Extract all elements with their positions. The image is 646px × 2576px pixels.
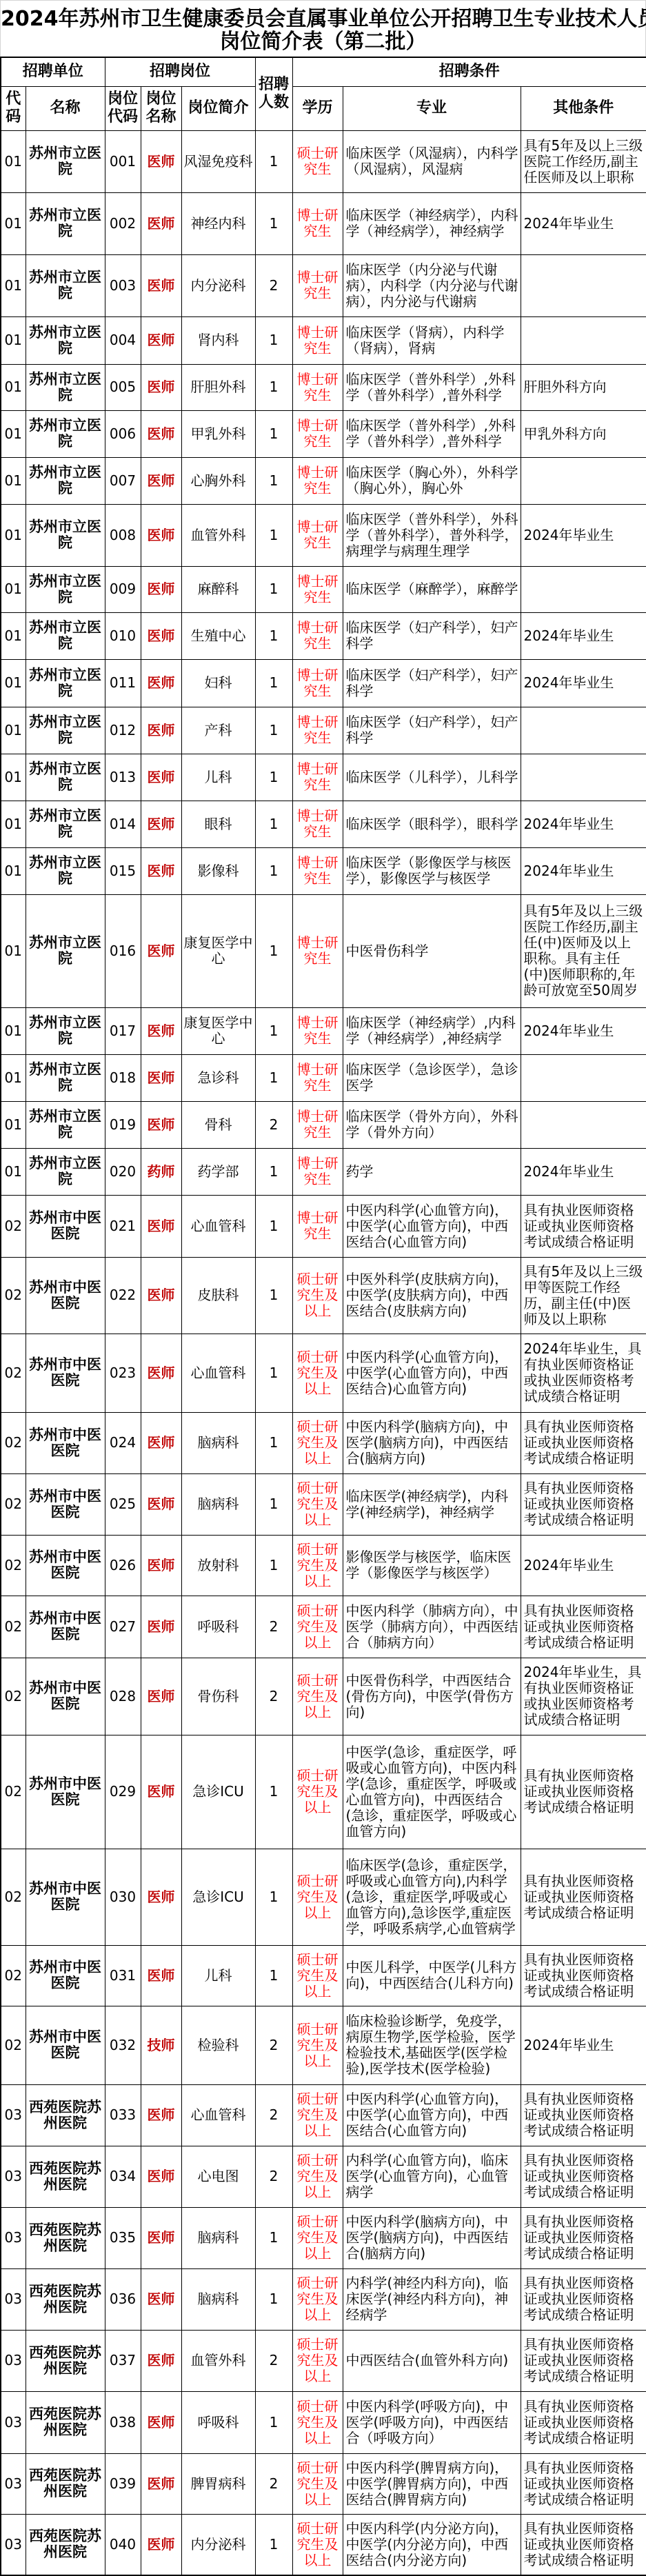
education-cell: 硕士研究生及以上 bbox=[292, 1735, 343, 1849]
table-row: 01苏州市立医院019医师骨科2博士研究生临床医学（骨外方向），外科学（骨外方向… bbox=[1, 1101, 646, 1148]
major-cell: 中医骨伤科学 bbox=[343, 894, 521, 1007]
major-cell: 临床医学（内分泌与代谢病），内科学（内分泌与代谢病），内分泌与代谢病 bbox=[343, 254, 521, 316]
header-post-name: 岗位名称 bbox=[141, 86, 181, 130]
positions-table: 招聘单位 招聘岗位 招聘人数 招聘条件 代码 名称 岗位代码 岗位名称 岗位简介… bbox=[0, 57, 646, 2576]
table-row: 03西苑医院苏州医院033医师心血管科2硕士研究生及以上中医内科学(心血管方向)… bbox=[1, 2084, 646, 2146]
headcount-cell: 1 bbox=[255, 659, 292, 707]
post-name-cell: 医师 bbox=[141, 566, 181, 612]
headcount-cell: 2 bbox=[255, 1596, 292, 1658]
unit-code-cell: 01 bbox=[1, 254, 26, 316]
post-name-cell: 技师 bbox=[141, 2006, 181, 2084]
post-name-cell: 医师 bbox=[141, 2330, 181, 2391]
post-code-cell: 021 bbox=[105, 1195, 141, 1257]
unit-code-cell: 01 bbox=[1, 1148, 26, 1195]
headcount-cell: 1 bbox=[255, 1334, 292, 1412]
post-code-cell: 003 bbox=[105, 254, 141, 316]
table-row: 02苏州市中医医院025医师脑病科1硕士研究生及以上临床医学(神经病学)，内科学… bbox=[1, 1473, 646, 1535]
header-row-columns: 代码 名称 岗位代码 岗位名称 岗位简介 学历 专业 其他条件 bbox=[1, 86, 646, 130]
unit-name-cell: 苏州市立医院 bbox=[26, 566, 105, 612]
major-cell: 临床医学（妇产科学），妇产科学 bbox=[343, 612, 521, 659]
table-row: 01苏州市立医院003医师内分泌科2博士研究生临床医学（内分泌与代谢病），内科学… bbox=[1, 254, 646, 316]
education-cell: 硕士研究生及以上 bbox=[292, 2391, 343, 2453]
post-name-cell: 医师 bbox=[141, 1007, 181, 1054]
post-desc-cell: 血管外科 bbox=[181, 2330, 255, 2391]
other-requirements-cell: 2024年毕业生 bbox=[521, 504, 646, 566]
post-name-cell: 医师 bbox=[141, 2146, 181, 2207]
other-requirements-cell: 具有5年及以上三级甲等医院工作经历，副主任(中)医师及以上职称 bbox=[521, 1257, 646, 1334]
post-desc-cell: 心胸外科 bbox=[181, 457, 255, 504]
unit-code-cell: 02 bbox=[1, 1535, 26, 1596]
major-cell: 内科学(心血管方向)，临床医学(心血管方向)，心血管病学 bbox=[343, 2146, 521, 2207]
major-cell: 临床医学（风湿病），内科学（风湿病），风湿病 bbox=[343, 130, 521, 192]
unit-code-cell: 01 bbox=[1, 1054, 26, 1101]
post-name-cell: 医师 bbox=[141, 504, 181, 566]
other-requirements-cell: 具有执业医师资格证或执业医师资格考试成绩合格证明 bbox=[521, 1849, 646, 1945]
unit-name-cell: 苏州市立医院 bbox=[26, 1007, 105, 1054]
headcount-cell: 2 bbox=[255, 2453, 292, 2514]
major-cell: 中医内科学(心血管方向)，中医学(心血管方向)，中西医结合(心血管方向) bbox=[343, 2084, 521, 2146]
post-name-cell: 医师 bbox=[141, 2514, 181, 2575]
table-row: 01苏州市立医院013医师儿科1博士研究生临床医学（儿科学），儿科学 bbox=[1, 754, 646, 801]
header-post-desc: 岗位简介 bbox=[181, 86, 255, 130]
education-cell: 硕士研究生及以上 bbox=[292, 2514, 343, 2575]
unit-code-cell: 03 bbox=[1, 2330, 26, 2391]
major-cell: 临床检验诊断学，免疫学，病原生物学,医学检验，医学检验技术,基础医学(医学检验)… bbox=[343, 2006, 521, 2084]
header-post-code: 岗位代码 bbox=[105, 86, 141, 130]
post-name-cell: 医师 bbox=[141, 1054, 181, 1101]
post-name-cell: 医师 bbox=[141, 457, 181, 504]
post-desc-cell: 皮肤科 bbox=[181, 1257, 255, 1334]
table-row: 01苏州市立医院009医师麻醉科1博士研究生临床医学（麻醉学），麻醉学 bbox=[1, 566, 646, 612]
post-code-cell: 036 bbox=[105, 2268, 141, 2330]
post-desc-cell: 麻醉科 bbox=[181, 566, 255, 612]
post-name-cell: 医师 bbox=[141, 410, 181, 457]
major-cell: 中医内科学（肺病方向），中医学（肺病方向），中西医结合（肺病方向） bbox=[343, 1596, 521, 1658]
headcount-cell: 2 bbox=[255, 2330, 292, 2391]
post-desc-cell: 呼吸科 bbox=[181, 1596, 255, 1658]
major-cell: 临床医学（麻醉学），麻醉学 bbox=[343, 566, 521, 612]
post-desc-cell: 呼吸科 bbox=[181, 2391, 255, 2453]
unit-code-cell: 03 bbox=[1, 2453, 26, 2514]
other-requirements-cell: 具有执业医师资格证或执业医师资格考试成绩合格证明 bbox=[521, 2146, 646, 2207]
headcount-cell: 2 bbox=[255, 1101, 292, 1148]
table-row: 02苏州市中医医院026医师放射科1硕士研究生及以上影像医学与核医学，临床医学（… bbox=[1, 1535, 646, 1596]
table-header: 招聘单位 招聘岗位 招聘人数 招聘条件 代码 名称 岗位代码 岗位名称 岗位简介… bbox=[1, 57, 646, 130]
education-cell: 博士研究生 bbox=[292, 1054, 343, 1101]
other-requirements-cell bbox=[521, 754, 646, 801]
post-desc-cell: 肾内科 bbox=[181, 316, 255, 364]
post-code-cell: 040 bbox=[105, 2514, 141, 2575]
table-row: 03西苑医院苏州医院039医师脾胃病科2硕士研究生及以上中医内科学(脾胃病方向)… bbox=[1, 2453, 646, 2514]
major-cell: 临床医学（急诊医学），急诊医学 bbox=[343, 1054, 521, 1101]
post-code-cell: 024 bbox=[105, 1412, 141, 1473]
post-name-cell: 医师 bbox=[141, 1658, 181, 1735]
unit-code-cell: 01 bbox=[1, 364, 26, 410]
post-code-cell: 033 bbox=[105, 2084, 141, 2146]
post-code-cell: 035 bbox=[105, 2207, 141, 2268]
post-desc-cell: 检验科 bbox=[181, 2006, 255, 2084]
headcount-cell: 1 bbox=[255, 612, 292, 659]
headcount-cell: 1 bbox=[255, 1849, 292, 1945]
page-title: 2024年苏州市卫生健康委员会直属事业单位公开招聘卫生专业技术人员 岗位简介表（… bbox=[0, 0, 646, 57]
headcount-cell: 1 bbox=[255, 1735, 292, 1849]
table-row: 03西苑医院苏州医院034医师心电图2硕士研究生及以上内科学(心血管方向)，临床… bbox=[1, 2146, 646, 2207]
unit-code-cell: 02 bbox=[1, 1596, 26, 1658]
other-requirements-cell bbox=[521, 254, 646, 316]
post-desc-cell: 脑病科 bbox=[181, 2207, 255, 2268]
post-code-cell: 014 bbox=[105, 801, 141, 847]
other-requirements-cell: 肝胆外科方向 bbox=[521, 364, 646, 410]
unit-name-cell: 苏州市立医院 bbox=[26, 894, 105, 1007]
major-cell: 影像医学与核医学，临床医学（影像医学与核医学） bbox=[343, 1535, 521, 1596]
table-row: 02苏州市中医医院030医师急诊ICU1硕士研究生及以上临床医学(急诊，重症医学… bbox=[1, 1849, 646, 1945]
major-cell: 中西医结合(血管外科方向) bbox=[343, 2330, 521, 2391]
major-cell: 中医内科学(脑病方向)，中医学(脑病方向)，中西医结合(脑病方向) bbox=[343, 1412, 521, 1473]
unit-code-cell: 02 bbox=[1, 1945, 26, 2006]
major-cell: 药学 bbox=[343, 1148, 521, 1195]
unit-code-cell: 01 bbox=[1, 457, 26, 504]
unit-code-cell: 01 bbox=[1, 316, 26, 364]
unit-name-cell: 苏州市立医院 bbox=[26, 1054, 105, 1101]
post-name-cell: 医师 bbox=[141, 659, 181, 707]
major-cell: 内科学(神经内科方向)，临床医学(神经内科方向)，神经病学 bbox=[343, 2268, 521, 2330]
major-cell: 中医内科学(心血管方向)，中医学(心血管方向)，中西医结合)心血管方向) bbox=[343, 1334, 521, 1412]
post-desc-cell: 心电图 bbox=[181, 2146, 255, 2207]
header-post-group: 招聘岗位 bbox=[105, 57, 255, 86]
education-cell: 博士研究生 bbox=[292, 707, 343, 754]
post-name-cell: 医师 bbox=[141, 316, 181, 364]
post-desc-cell: 心血管科 bbox=[181, 1334, 255, 1412]
education-cell: 博士研究生 bbox=[292, 192, 343, 254]
education-cell: 硕士研究生 bbox=[292, 130, 343, 192]
table-row: 01苏州市立医院010医师生殖中心1博士研究生临床医学（妇产科学），妇产科学20… bbox=[1, 612, 646, 659]
post-code-cell: 006 bbox=[105, 410, 141, 457]
post-code-cell: 017 bbox=[105, 1007, 141, 1054]
education-cell: 博士研究生 bbox=[292, 1007, 343, 1054]
post-code-cell: 016 bbox=[105, 894, 141, 1007]
unit-code-cell: 01 bbox=[1, 1007, 26, 1054]
post-name-cell: 医师 bbox=[141, 1535, 181, 1596]
unit-name-cell: 苏州市中医医院 bbox=[26, 2006, 105, 2084]
major-cell: 临床医学（妇产科学），妇产科学 bbox=[343, 707, 521, 754]
other-requirements-cell: 具有执业医师资格证或执业医师资格考试成绩合格证明 bbox=[521, 1195, 646, 1257]
table-row: 03西苑医院苏州医院037医师血管外科2硕士研究生及以上中西医结合(血管外科方向… bbox=[1, 2330, 646, 2391]
post-code-cell: 004 bbox=[105, 316, 141, 364]
unit-code-cell: 01 bbox=[1, 612, 26, 659]
headcount-cell: 1 bbox=[255, 1148, 292, 1195]
unit-code-cell: 01 bbox=[1, 1101, 26, 1148]
table-row: 01苏州市立医院018医师急诊科1博士研究生临床医学（急诊医学），急诊医学 bbox=[1, 1054, 646, 1101]
post-desc-cell: 内分泌科 bbox=[181, 254, 255, 316]
education-cell: 硕士研究生及以上 bbox=[292, 2330, 343, 2391]
education-cell: 博士研究生 bbox=[292, 316, 343, 364]
unit-code-cell: 03 bbox=[1, 2391, 26, 2453]
table-row: 01苏州市立医院015医师影像科1博士研究生临床医学（影像医学与核医学），影像医… bbox=[1, 847, 646, 894]
unit-name-cell: 苏州市立医院 bbox=[26, 1101, 105, 1148]
headcount-cell: 1 bbox=[255, 130, 292, 192]
post-name-cell: 医师 bbox=[141, 2453, 181, 2514]
unit-code-cell: 01 bbox=[1, 659, 26, 707]
education-cell: 博士研究生 bbox=[292, 894, 343, 1007]
education-cell: 博士研究生 bbox=[292, 1148, 343, 1195]
post-desc-cell: 产科 bbox=[181, 707, 255, 754]
post-desc-cell: 骨伤科 bbox=[181, 1658, 255, 1735]
post-name-cell: 医师 bbox=[141, 1257, 181, 1334]
education-cell: 博士研究生 bbox=[292, 847, 343, 894]
education-cell: 博士研究生 bbox=[292, 566, 343, 612]
table-row: 01苏州市立医院006医师甲乳外科1博士研究生临床医学（普外科学）,外科学（普外… bbox=[1, 410, 646, 457]
other-requirements-cell bbox=[521, 457, 646, 504]
post-desc-cell: 内分泌科 bbox=[181, 2514, 255, 2575]
post-name-cell: 医师 bbox=[141, 2391, 181, 2453]
page-title-line-2: 岗位简介表（第二批） bbox=[1, 30, 645, 53]
post-name-cell: 医师 bbox=[141, 1195, 181, 1257]
post-desc-cell: 急诊ICU bbox=[181, 1735, 255, 1849]
post-code-cell: 015 bbox=[105, 847, 141, 894]
major-cell: 临床医学（儿科学），儿科学 bbox=[343, 754, 521, 801]
other-requirements-cell: 具有执业医师资格证或执业医师资格考试成绩合格证明 bbox=[521, 1412, 646, 1473]
post-name-cell: 医师 bbox=[141, 847, 181, 894]
unit-name-cell: 苏州市立医院 bbox=[26, 130, 105, 192]
headcount-cell: 1 bbox=[255, 1473, 292, 1535]
post-desc-cell: 儿科 bbox=[181, 754, 255, 801]
unit-name-cell: 苏州市立医院 bbox=[26, 612, 105, 659]
header-major: 专业 bbox=[343, 86, 521, 130]
post-name-cell: 医师 bbox=[141, 192, 181, 254]
unit-code-cell: 02 bbox=[1, 1257, 26, 1334]
education-cell: 博士研究生 bbox=[292, 754, 343, 801]
major-cell: 中医内科学(脾胃病方向)，中医学(脾胃病方向)，中西医结合(脾胃病方向) bbox=[343, 2453, 521, 2514]
table-row: 01苏州市立医院012医师产科1博士研究生临床医学（妇产科学），妇产科学 bbox=[1, 707, 646, 754]
unit-code-cell: 02 bbox=[1, 1658, 26, 1735]
post-code-cell: 005 bbox=[105, 364, 141, 410]
education-cell: 硕士研究生及以上 bbox=[292, 1257, 343, 1334]
major-cell: 临床医学（胸心外），外科学（胸心外），胸心外 bbox=[343, 457, 521, 504]
post-code-cell: 027 bbox=[105, 1596, 141, 1658]
headcount-cell: 1 bbox=[255, 566, 292, 612]
headcount-cell: 1 bbox=[255, 364, 292, 410]
headcount-cell: 2 bbox=[255, 254, 292, 316]
unit-code-cell: 02 bbox=[1, 1195, 26, 1257]
unit-code-cell: 01 bbox=[1, 707, 26, 754]
post-desc-cell: 心血管科 bbox=[181, 2084, 255, 2146]
table-row: 03西苑医院苏州医院040医师内分泌科1硕士研究生及以上中医内科学(内分泌方向)… bbox=[1, 2514, 646, 2575]
other-requirements-cell: 具有执业医师资格证或执业医师资格考试成绩合格证明 bbox=[521, 1945, 646, 2006]
unit-name-cell: 苏州市立医院 bbox=[26, 707, 105, 754]
education-cell: 博士研究生 bbox=[292, 1195, 343, 1257]
post-desc-cell: 血管外科 bbox=[181, 504, 255, 566]
header-row-groups: 招聘单位 招聘岗位 招聘人数 招聘条件 bbox=[1, 57, 646, 86]
headcount-cell: 1 bbox=[255, 801, 292, 847]
table-row: 01苏州市立医院011医师妇科1博士研究生临床医学（妇产科学），妇产科学2024… bbox=[1, 659, 646, 707]
table-row: 01苏州市立医院014医师眼科1博士研究生临床医学（眼科学），眼科学2024年毕… bbox=[1, 801, 646, 847]
table-row: 01苏州市立医院008医师血管外科1博士研究生临床医学（普外科学），外科学（普外… bbox=[1, 504, 646, 566]
table-row: 01苏州市立医院007医师心胸外科1博士研究生临床医学（胸心外），外科学（胸心外… bbox=[1, 457, 646, 504]
headcount-cell: 2 bbox=[255, 2006, 292, 2084]
table-row: 01苏州市立医院016医师康复医学中心1博士研究生中医骨伤科学具有5年及以上三级… bbox=[1, 894, 646, 1007]
other-requirements-cell: 2024年毕业生，具有执业医师资格证或执业医师资格考试成绩合格证明 bbox=[521, 1658, 646, 1735]
post-name-cell: 医师 bbox=[141, 1412, 181, 1473]
major-cell: 中医内科学(脑病方向)，中医学(脑病方向)，中西医结合(脑病方向) bbox=[343, 2207, 521, 2268]
unit-name-cell: 西苑医院苏州医院 bbox=[26, 2391, 105, 2453]
other-requirements-cell: 2024年毕业生 bbox=[521, 847, 646, 894]
table-row: 01苏州市立医院004医师肾内科1博士研究生临床医学（肾病），内科学（肾病），肾… bbox=[1, 316, 646, 364]
post-code-cell: 022 bbox=[105, 1257, 141, 1334]
unit-name-cell: 苏州市中医医院 bbox=[26, 1473, 105, 1535]
post-code-cell: 013 bbox=[105, 754, 141, 801]
table-row: 02苏州市中医医院022医师皮肤科1硕士研究生及以上中医外科学(皮肤病方向)，中… bbox=[1, 1257, 646, 1334]
unit-code-cell: 02 bbox=[1, 1412, 26, 1473]
post-code-cell: 038 bbox=[105, 2391, 141, 2453]
post-desc-cell: 神经内科 bbox=[181, 192, 255, 254]
education-cell: 硕士研究生及以上 bbox=[292, 1945, 343, 2006]
unit-code-cell: 02 bbox=[1, 1473, 26, 1535]
education-cell: 硕士研究生及以上 bbox=[292, 2006, 343, 2084]
header-unit-name: 名称 bbox=[26, 86, 105, 130]
post-name-cell: 医师 bbox=[141, 1334, 181, 1412]
post-name-cell: 医师 bbox=[141, 364, 181, 410]
major-cell: 临床医学（眼科学），眼科学 bbox=[343, 801, 521, 847]
post-code-cell: 039 bbox=[105, 2453, 141, 2514]
unit-code-cell: 02 bbox=[1, 1849, 26, 1945]
education-cell: 博士研究生 bbox=[292, 612, 343, 659]
post-desc-cell: 急诊ICU bbox=[181, 1849, 255, 1945]
post-name-cell: 医师 bbox=[141, 1735, 181, 1849]
other-requirements-cell: 2024年毕业生 bbox=[521, 659, 646, 707]
post-code-cell: 031 bbox=[105, 1945, 141, 2006]
post-code-cell: 011 bbox=[105, 659, 141, 707]
unit-code-cell: 01 bbox=[1, 410, 26, 457]
other-requirements-cell: 具有5年及以上三级医院工作经历,副主任(中)医师及以上职称。具有主任(中)医师职… bbox=[521, 894, 646, 1007]
post-name-cell: 医师 bbox=[141, 1849, 181, 1945]
headcount-cell: 1 bbox=[255, 2391, 292, 2453]
headcount-cell: 1 bbox=[255, 1412, 292, 1473]
post-name-cell: 医师 bbox=[141, 130, 181, 192]
post-desc-cell: 脑病科 bbox=[181, 1473, 255, 1535]
education-cell: 硕士研究生及以上 bbox=[292, 2207, 343, 2268]
header-requirements-group: 招聘条件 bbox=[292, 57, 646, 86]
unit-name-cell: 苏州市中医医院 bbox=[26, 1334, 105, 1412]
major-cell: 临床医学（肾病），内科学（肾病），肾病 bbox=[343, 316, 521, 364]
post-name-cell: 医师 bbox=[141, 1945, 181, 2006]
headcount-cell: 1 bbox=[255, 457, 292, 504]
header-other-requirements: 其他条件 bbox=[521, 86, 646, 130]
table-row: 02苏州市中医医院024医师脑病科1硕士研究生及以上中医内科学(脑病方向)，中医… bbox=[1, 1412, 646, 1473]
unit-name-cell: 苏州市中医医院 bbox=[26, 1658, 105, 1735]
post-name-cell: 医师 bbox=[141, 1473, 181, 1535]
header-unit-group: 招聘单位 bbox=[1, 57, 105, 86]
other-requirements-cell: 具有执业医师资格证或执业医师资格考试成绩合格证明 bbox=[521, 1473, 646, 1535]
post-desc-cell: 影像科 bbox=[181, 847, 255, 894]
post-desc-cell: 脑病科 bbox=[181, 1412, 255, 1473]
unit-code-cell: 01 bbox=[1, 754, 26, 801]
post-code-cell: 008 bbox=[105, 504, 141, 566]
other-requirements-cell: 具有执业医师资格证或执业医师资格考试成绩合格证明 bbox=[521, 1735, 646, 1849]
major-cell: 临床医学(急诊，重症医学，呼吸或心血管方向),内科学(急诊，重症医学,呼吸或心血… bbox=[343, 1849, 521, 1945]
other-requirements-cell: 2024年毕业生，具有执业医师资格证或执业医师资格考试成绩合格证明 bbox=[521, 1334, 646, 1412]
post-name-cell: 医师 bbox=[141, 254, 181, 316]
table-row: 03西苑医院苏州医院035医师脑病科1硕士研究生及以上中医内科学(脑病方向)，中… bbox=[1, 2207, 646, 2268]
table-row: 01苏州市立医院020药师药学部1博士研究生药学2024年毕业生 bbox=[1, 1148, 646, 1195]
post-name-cell: 医师 bbox=[141, 2207, 181, 2268]
major-cell: 中医内科学(心血管方向)，中医学(心血管方向)，中西医结合(心血管方向) bbox=[343, 1195, 521, 1257]
major-cell: 临床医学（妇产科学），妇产科学 bbox=[343, 659, 521, 707]
education-cell: 博士研究生 bbox=[292, 801, 343, 847]
unit-name-cell: 苏州市立医院 bbox=[26, 457, 105, 504]
headcount-cell: 2 bbox=[255, 1658, 292, 1735]
education-cell: 硕士研究生及以上 bbox=[292, 2268, 343, 2330]
headcount-cell: 1 bbox=[255, 1054, 292, 1101]
other-requirements-cell: 具有执业医师资格证或执业医师资格考试成绩合格证明 bbox=[521, 2453, 646, 2514]
education-cell: 硕士研究生及以上 bbox=[292, 1596, 343, 1658]
other-requirements-cell bbox=[521, 707, 646, 754]
table-row: 01苏州市立医院017医师康复医学中心1博士研究生临床医学（神经病学）,内科学（… bbox=[1, 1007, 646, 1054]
post-name-cell: 医师 bbox=[141, 2268, 181, 2330]
post-desc-cell: 生殖中心 bbox=[181, 612, 255, 659]
unit-name-cell: 苏州市立医院 bbox=[26, 1148, 105, 1195]
post-desc-cell: 眼科 bbox=[181, 801, 255, 847]
education-cell: 博士研究生 bbox=[292, 410, 343, 457]
post-name-cell: 医师 bbox=[141, 2084, 181, 2146]
unit-code-cell: 03 bbox=[1, 2084, 26, 2146]
post-code-cell: 001 bbox=[105, 130, 141, 192]
unit-code-cell: 02 bbox=[1, 2006, 26, 2084]
headcount-cell: 1 bbox=[255, 2207, 292, 2268]
post-code-cell: 026 bbox=[105, 1535, 141, 1596]
header-unit-code: 代码 bbox=[1, 86, 26, 130]
page-title-line-1: 2024年苏州市卫生健康委员会直属事业单位公开招聘卫生专业技术人员 bbox=[1, 8, 645, 30]
major-cell: 临床医学（普外科学）,外科学（普外科学）,普外科学 bbox=[343, 364, 521, 410]
table-row: 02苏州市中医医院027医师呼吸科2硕士研究生及以上中医内科学（肺病方向），中医… bbox=[1, 1596, 646, 1658]
unit-name-cell: 西苑医院苏州医院 bbox=[26, 2268, 105, 2330]
unit-name-cell: 苏州市中医医院 bbox=[26, 1535, 105, 1596]
education-cell: 博士研究生 bbox=[292, 364, 343, 410]
post-desc-cell: 骨科 bbox=[181, 1101, 255, 1148]
unit-code-cell: 02 bbox=[1, 1334, 26, 1412]
unit-code-cell: 03 bbox=[1, 2514, 26, 2575]
other-requirements-cell bbox=[521, 316, 646, 364]
headcount-cell: 1 bbox=[255, 1195, 292, 1257]
unit-name-cell: 苏州市立医院 bbox=[26, 254, 105, 316]
major-cell: 临床医学（普外科学），外科学（普外科学），普外科学，病理学与病理生理学 bbox=[343, 504, 521, 566]
headcount-cell: 1 bbox=[255, 316, 292, 364]
table-row: 02苏州市中医医院031医师儿科1硕士研究生及以上中医儿科学，中医学(儿科方向)… bbox=[1, 1945, 646, 2006]
post-desc-cell: 心血管科 bbox=[181, 1195, 255, 1257]
header-education: 学历 bbox=[292, 86, 343, 130]
unit-name-cell: 苏州市立医院 bbox=[26, 659, 105, 707]
post-name-cell: 医师 bbox=[141, 1101, 181, 1148]
post-code-cell: 037 bbox=[105, 2330, 141, 2391]
unit-name-cell: 西苑医院苏州医院 bbox=[26, 2146, 105, 2207]
table-row: 01苏州市立医院005医师肝胆外科1博士研究生临床医学（普外科学）,外科学（普外… bbox=[1, 364, 646, 410]
unit-code-cell: 03 bbox=[1, 2146, 26, 2207]
education-cell: 硕士研究生及以上 bbox=[292, 1473, 343, 1535]
other-requirements-cell: 2024年毕业生 bbox=[521, 801, 646, 847]
unit-name-cell: 苏州市立医院 bbox=[26, 754, 105, 801]
other-requirements-cell: 具有执业医师资格证或执业医师资格考试成绩合格证明 bbox=[521, 2084, 646, 2146]
unit-code-cell: 03 bbox=[1, 2268, 26, 2330]
major-cell: 临床医学（普外科学）,外科学（普外科学）,普外科学 bbox=[343, 410, 521, 457]
other-requirements-cell bbox=[521, 1101, 646, 1148]
headcount-cell: 2 bbox=[255, 2084, 292, 2146]
unit-name-cell: 苏州市立医院 bbox=[26, 316, 105, 364]
post-code-cell: 009 bbox=[105, 566, 141, 612]
headcount-cell: 1 bbox=[255, 2268, 292, 2330]
headcount-cell: 1 bbox=[255, 1945, 292, 2006]
post-desc-cell: 妇科 bbox=[181, 659, 255, 707]
unit-name-cell: 苏州市立医院 bbox=[26, 504, 105, 566]
other-requirements-cell: 2024年毕业生 bbox=[521, 1148, 646, 1195]
